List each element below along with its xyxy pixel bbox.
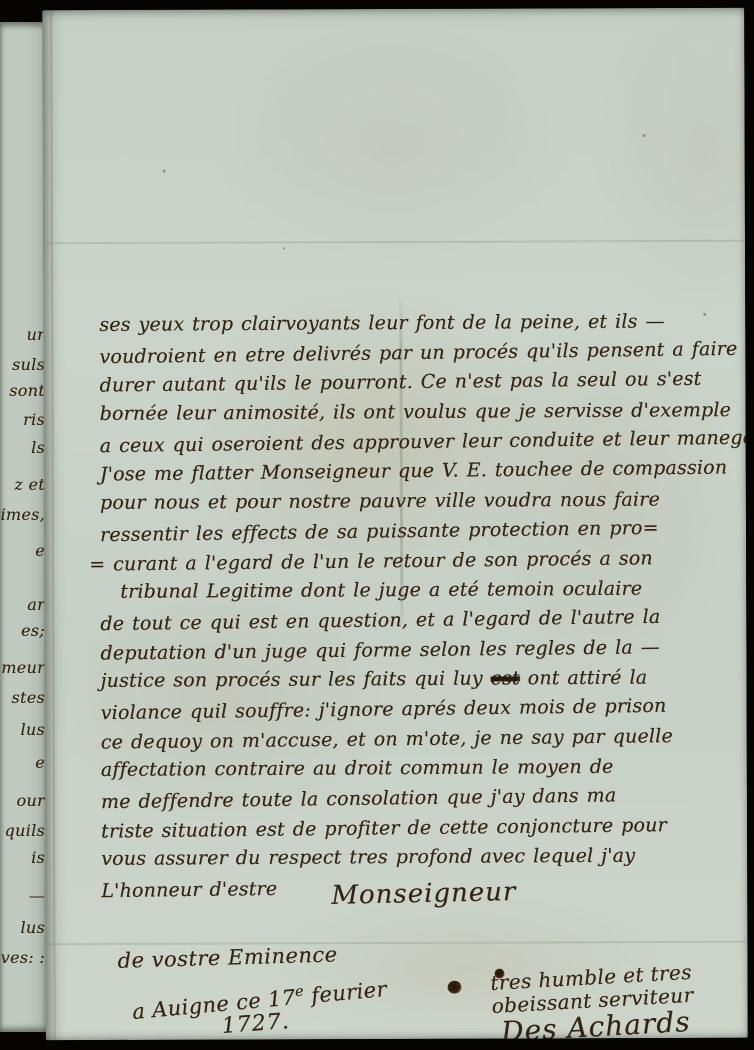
facing-page-text-fragment: ves: : [1, 948, 45, 967]
facing-page-text-fragment: stes [11, 688, 45, 707]
facing-page-text-fragment: lus [20, 720, 45, 739]
salutation: Monseigneur [331, 877, 517, 911]
ink-blot [448, 981, 462, 994]
facing-page-text-fragment: suls [12, 355, 45, 374]
facing-page-text-fragment: e [35, 753, 45, 772]
facing-page-text-fragment: — [29, 886, 45, 905]
facing-page-text-fragment: ur [26, 325, 45, 344]
binding-crease [50, 10, 56, 1040]
paper-speck [283, 247, 285, 249]
facing-page-text-fragment: es; [21, 621, 45, 640]
scanned-manuscript-letter: ur suls sont ris ls z et imes, e ar es; … [0, 0, 754, 1050]
facing-page-text-fragment: ar [27, 595, 45, 614]
closing-year: 1727. [221, 1009, 291, 1039]
closing-address: de vostre Eminence [117, 942, 338, 973]
place-date-text: feurier [303, 977, 388, 1008]
paper-speck [163, 170, 166, 173]
facing-page-text-fragment: ris [23, 410, 45, 429]
letter-line-segment: ont attiré la [520, 667, 648, 690]
facing-page-text-fragment: is [31, 848, 45, 867]
signature-block: tres humble et tres obeissant serviteur … [490, 961, 696, 1040]
facing-page-text-fragment: our [17, 791, 46, 810]
struck-out-word: est [491, 668, 520, 690]
facing-page-text-fragment: lus [20, 918, 45, 937]
letter-body: ses yeux trop clairvoyants leur font de … [99, 308, 746, 904]
facing-page-text-fragment: sont [9, 381, 45, 400]
letter-line-segment: justice son procés sur les faits qui luy [100, 668, 490, 692]
facing-page-text-fragment: imes, [0, 505, 45, 524]
facing-page-text-fragment: quils [5, 821, 46, 840]
paper-speck [643, 134, 646, 137]
facing-page-text-fragment: umeur [0, 658, 45, 677]
facing-page-text-fragment: z et [14, 475, 45, 494]
letter-page: ses yeux trop clairvoyants leur font de … [42, 8, 748, 1040]
horizontal-fold-crease [45, 941, 747, 945]
horizontal-fold-crease [43, 240, 745, 244]
